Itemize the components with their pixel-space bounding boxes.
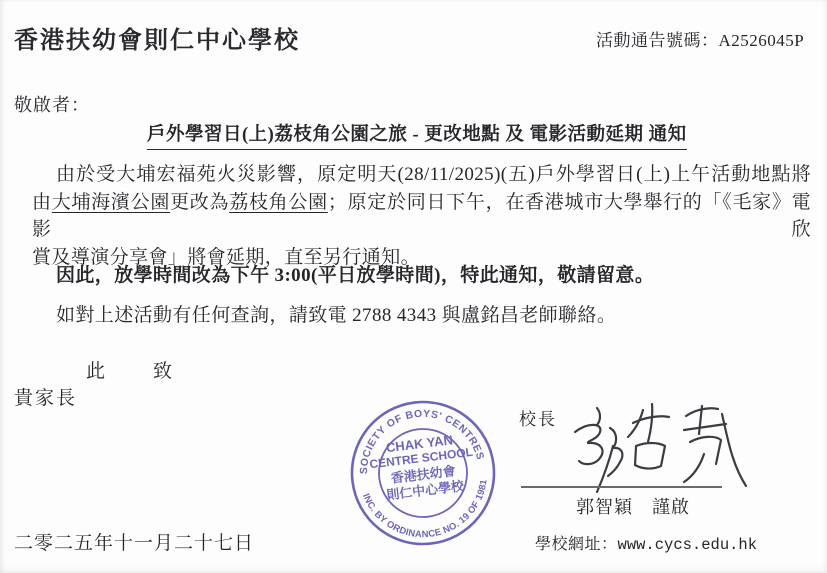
paragraph-dismissal-time: 因此，放學時間改為下午 3:00(平日放學時間)，特此通知，敬請留意。 bbox=[32, 262, 811, 290]
paragraph-main-line1: 由於受大埔宏福苑火災影響，原定明天(28/11/2025)(五)戶外學習日(上)… bbox=[32, 161, 811, 189]
notice-number-label: 活動通告號碼： bbox=[596, 31, 719, 50]
letter-date: 二零二五年十一月二十七日 bbox=[14, 528, 254, 555]
signature-line bbox=[521, 486, 722, 488]
paragraph-main-line2: 由大埔海濱公園更改為荔枝角公園；原定於同日下午，在香港城市大學舉行的「《毛家》電… bbox=[32, 189, 811, 244]
website-url: www.cycs.edu.hk bbox=[618, 536, 758, 554]
closing-word-2: 致 bbox=[153, 361, 172, 382]
notice-title: 戶外學習日(上)荔枝角公園之旅 - 更改地點 及 電影活動延期 通知 bbox=[147, 120, 687, 150]
website-label: 學校網址： bbox=[535, 536, 618, 553]
underlined-old-location: 大埔海濱公園 bbox=[52, 192, 170, 213]
notice-number-value: A2526045P bbox=[719, 31, 805, 50]
paragraph-main: 由於受大埔宏福苑火災影響，原定明天(28/11/2025)(五)戶外學習日(上)… bbox=[32, 161, 811, 271]
scanned-school-notice: 香港扶幼會則仁中心學校 活動通告號碼：A2526045P 敬啟者： 戶外學習日(… bbox=[0, 0, 827, 573]
notice-number: 活動通告號碼：A2526045P bbox=[596, 26, 804, 51]
school-name: 香港扶幼會則仁中心學校 bbox=[14, 20, 300, 55]
closing-word-1: 此 bbox=[86, 361, 105, 382]
underlined-new-location: 荔枝角公園 bbox=[229, 192, 328, 213]
text-segment: 由 bbox=[32, 192, 52, 213]
paragraph-enquiry: 如對上述活動有任何查詢，請致電 2788 4343 與盧銘昌老師聯絡。 bbox=[32, 302, 811, 330]
recipient: 貴家長 bbox=[14, 383, 77, 410]
salutation: 敬啟者： bbox=[14, 91, 90, 117]
text-segment: 更改為 bbox=[170, 192, 229, 213]
school-website: 學校網址：www.cycs.edu.hk bbox=[535, 531, 757, 554]
signed-name: 郭智穎 謹啟 bbox=[576, 493, 690, 519]
school-stamp-seal: SOCIETY OF BOYS' CENTRES INC. BY ORDINAN… bbox=[348, 398, 498, 548]
closing-phrase: 此致 bbox=[86, 356, 172, 383]
